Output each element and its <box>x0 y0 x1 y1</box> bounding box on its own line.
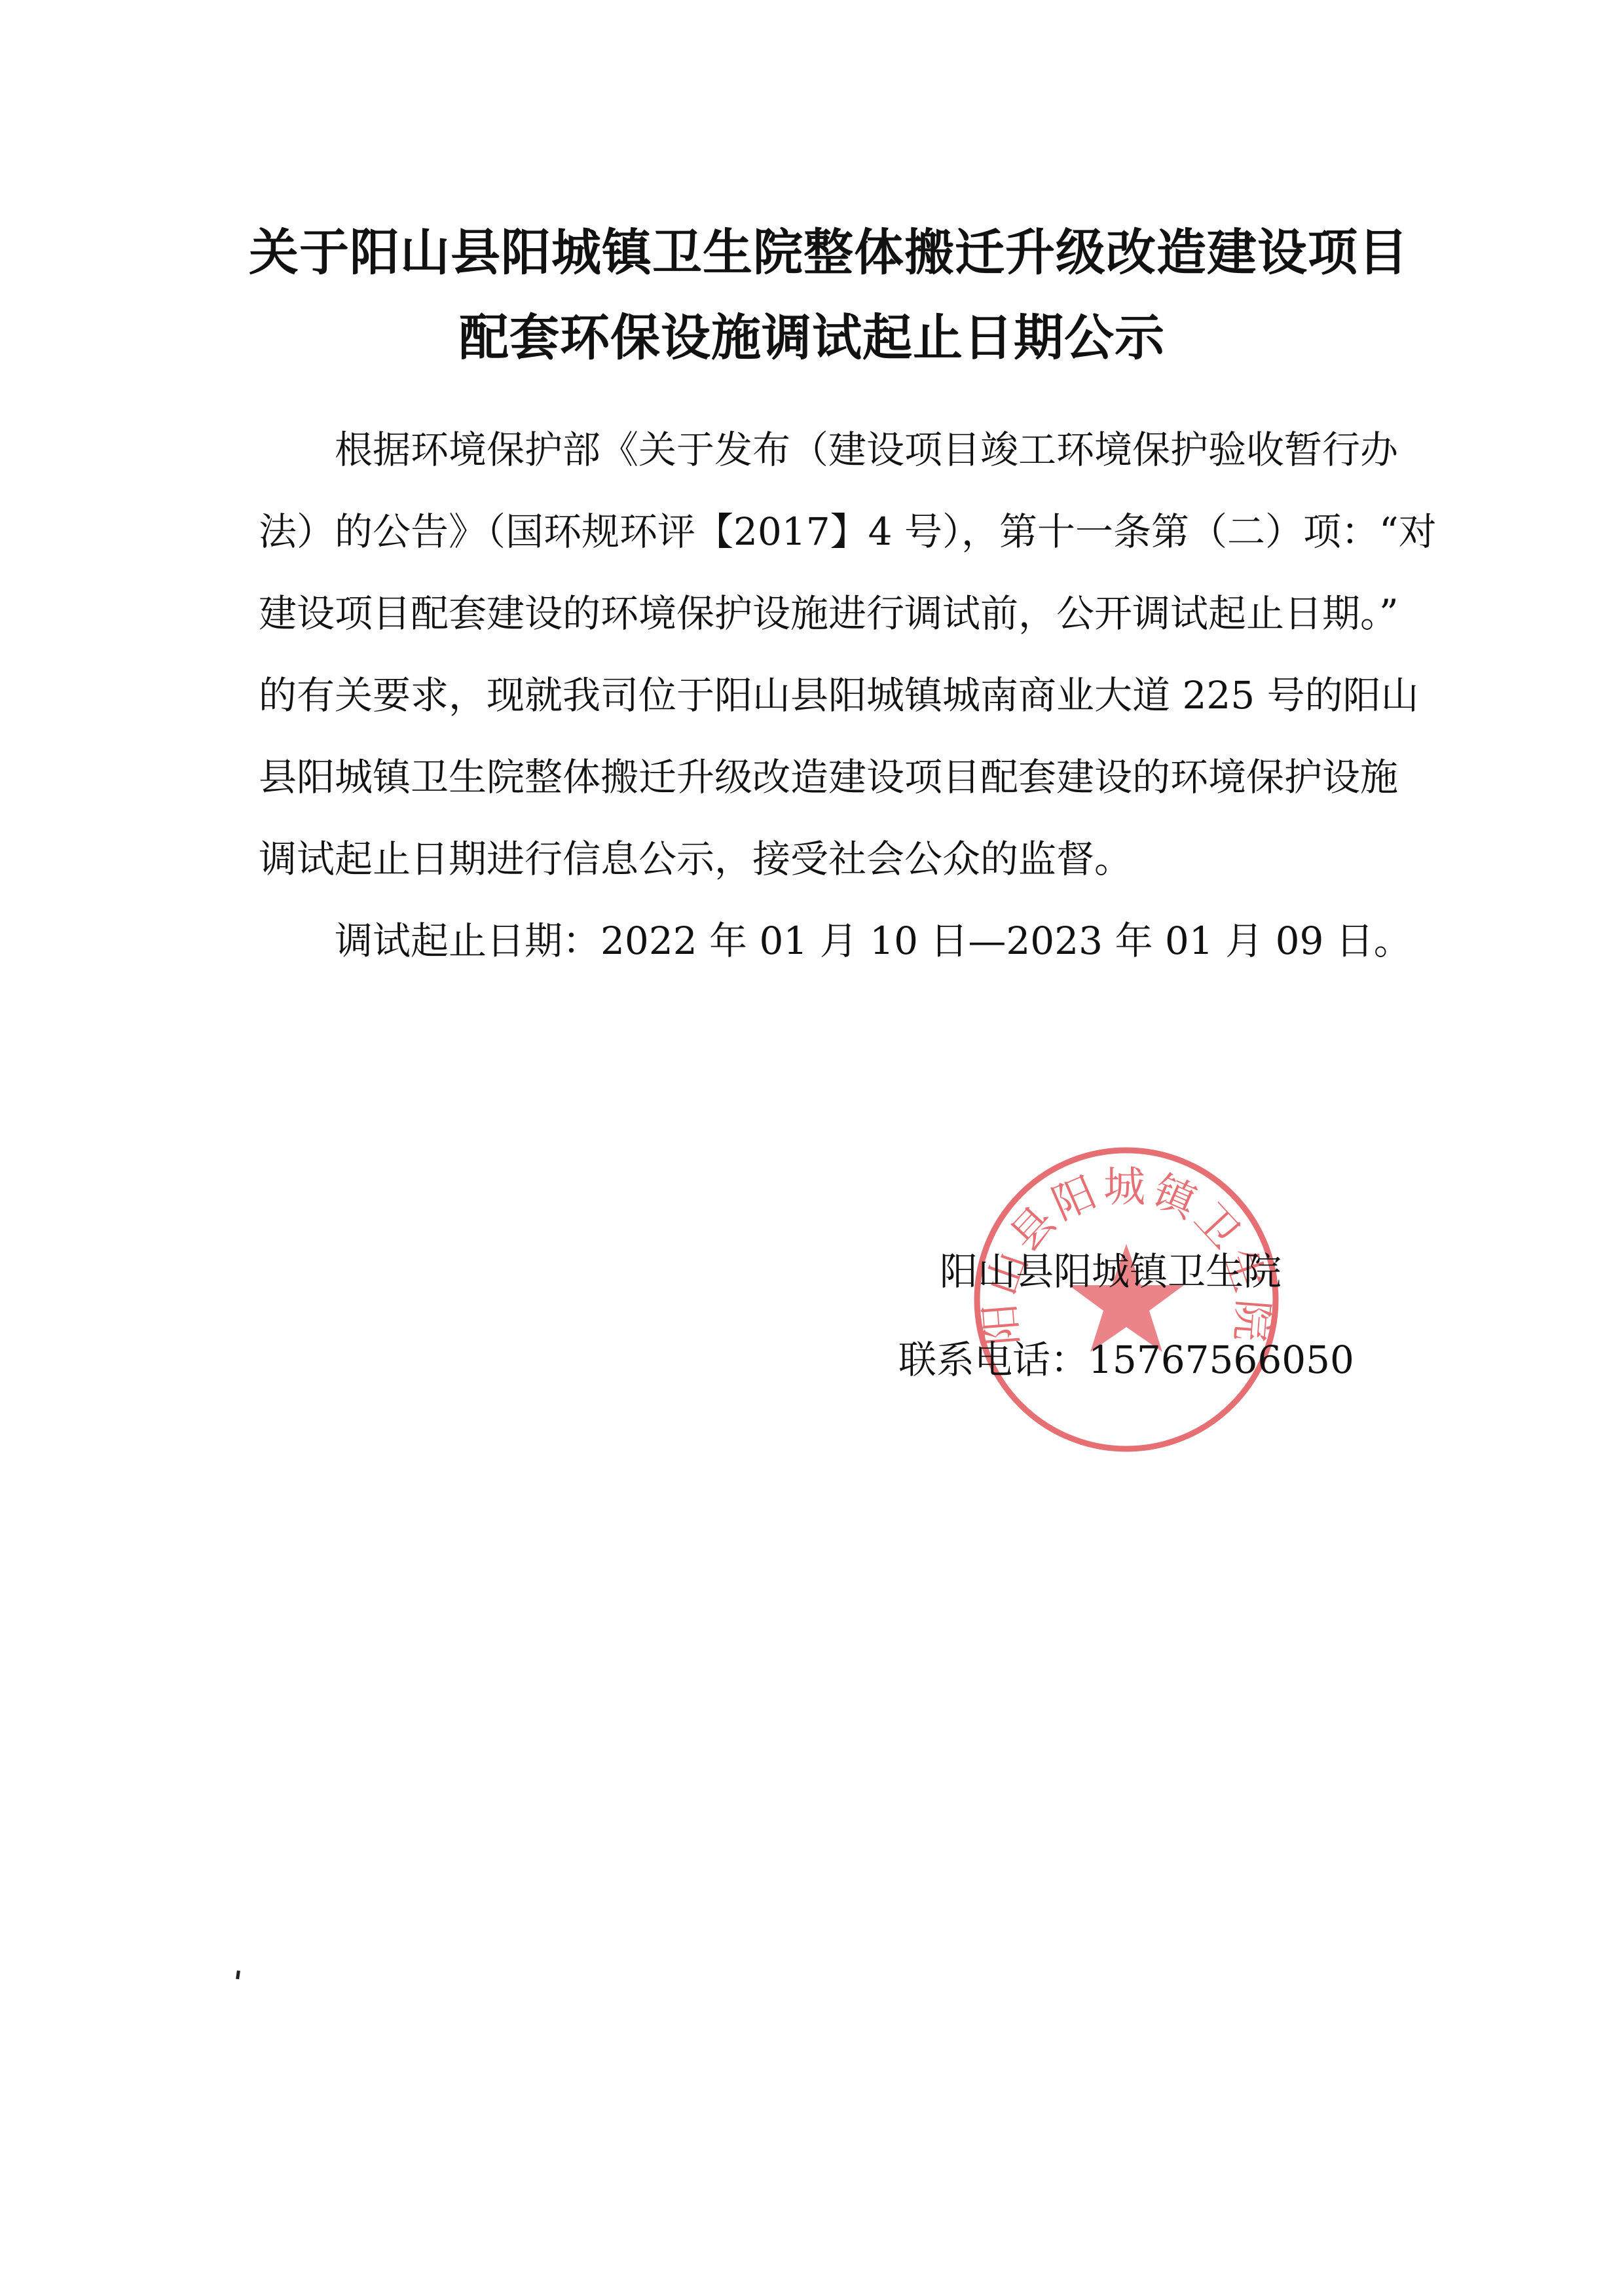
signature-phone: 联系电话：15767566050 <box>898 1329 1354 1384</box>
document-title-line-2: 配套环保设施调试起止日期公示 <box>249 298 1375 369</box>
body-line: 的有关要求，现就我司位于阳山县阳城镇城南商业大道 225 号的阳山 <box>259 655 1378 737</box>
official-seal: 阳山县阳城镇卫生院 <box>969 1142 1283 1457</box>
body-line: 建设项目配套建设的环境保护设施进行调试前，公开调试起止日期。” <box>259 573 1378 655</box>
document-title-line-1: 关于阳山县阳城镇卫生院整体搬迁升级改造建设项目 <box>249 213 1375 284</box>
debug-period: 调试起止日期：2022 年 01 月 10 日—2023 年 01 月 09 日… <box>335 910 1412 965</box>
debug-period-label: 调试起止日期： <box>335 919 600 963</box>
body-line: 法）的公告》（国环规环评【2017】4 号），第十一条第（二）项：“对 <box>259 491 1378 573</box>
body-line: 县阳城镇卫生院整体搬迁升级改造建设项目配套建设的环境保护设施 <box>259 737 1378 818</box>
body-paragraph: 根据环境保护部《关于发布（建设项目竣工环境保护验收暂行办 法）的公告》（国环规环… <box>259 409 1378 900</box>
phone-number: 15767566050 <box>1088 1338 1354 1382</box>
body-line: 调试起止日期进行信息公示，接受社会公众的监督。 <box>259 818 1378 900</box>
body-line: 根据环境保护部《关于发布（建设项目竣工环境保护验收暂行办 <box>259 409 1378 491</box>
phone-label: 联系电话： <box>898 1338 1088 1382</box>
debug-period-value: 2022 年 01 月 10 日—2023 年 01 月 09 日。 <box>600 919 1412 963</box>
document-page: 关于阳山县阳城镇卫生院整体搬迁升级改造建设项目 配套环保设施调试起止日期公示 根… <box>0 0 1624 2296</box>
signature-organization: 阳山县阳城镇卫生院 <box>940 1241 1282 1296</box>
seal-graphic: 阳山县阳城镇卫生院 <box>969 1142 1283 1457</box>
scan-artifact <box>236 1971 240 1980</box>
